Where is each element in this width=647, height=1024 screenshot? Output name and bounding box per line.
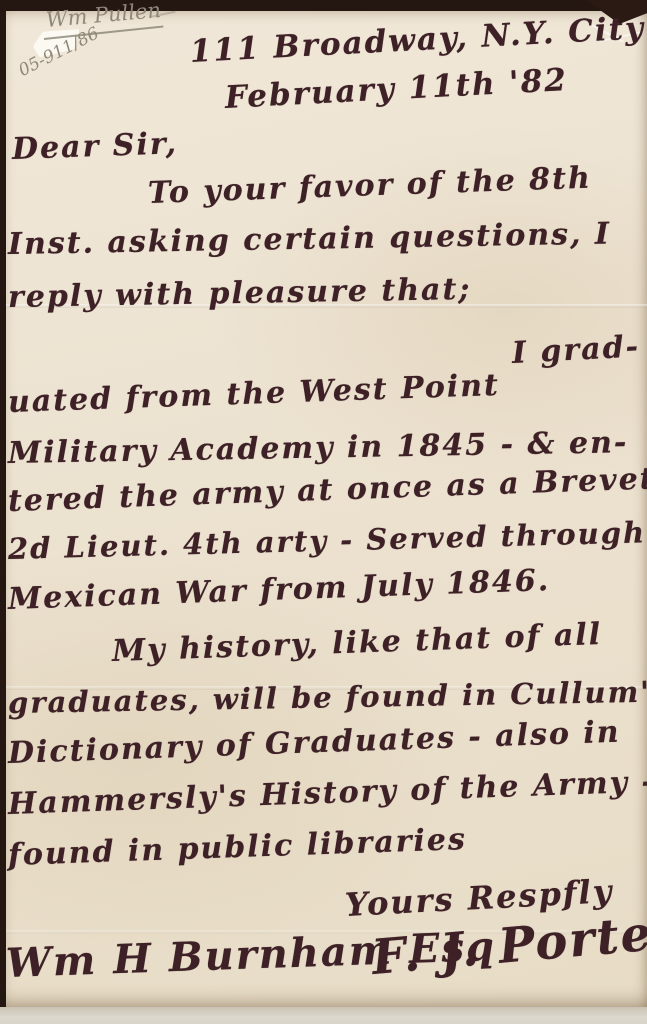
salutation: Dear Sir, [11, 126, 178, 167]
scanner-edge-strip [0, 1007, 647, 1024]
scanned-letter-page: Wm Pullen 05-911/86 111 Broadway, N.Y. C… [0, 0, 647, 1024]
body-line: I grad- [511, 329, 641, 371]
